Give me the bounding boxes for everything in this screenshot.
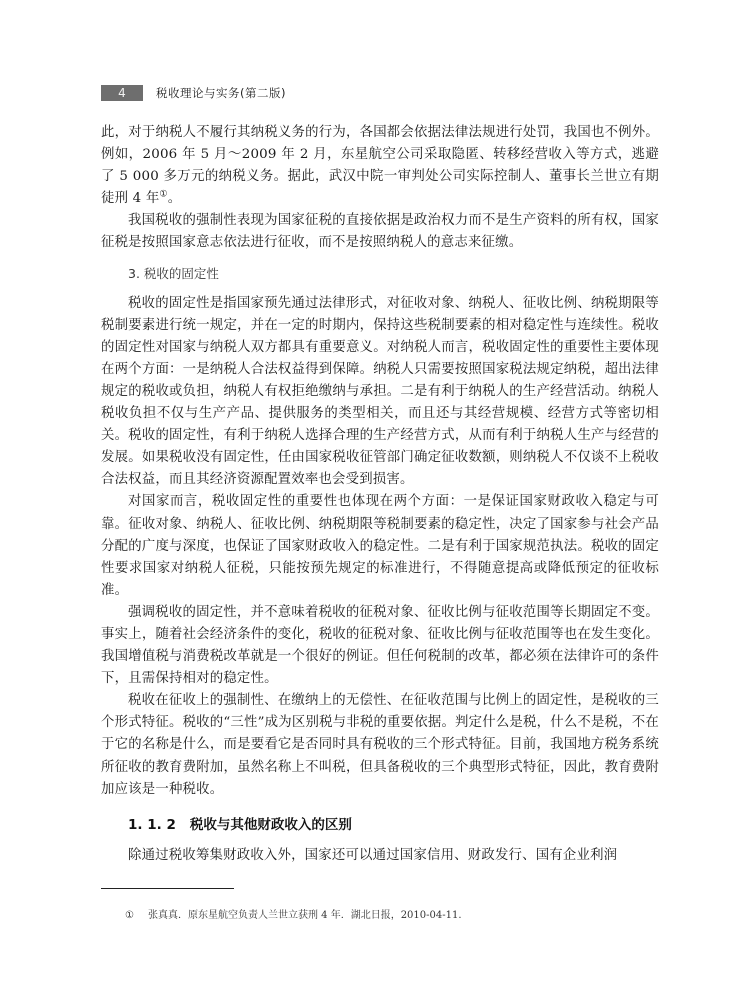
section-number: 1. 1. 2: [128, 817, 176, 833]
paragraph-reform: 强调税收的固定性，并不意味着税收的征税对象、征收比例与征收范围等长期固定不变。事…: [101, 602, 659, 690]
subheading-fixedness: 3. 税收的固定性: [128, 263, 659, 285]
running-title: 税收理论与实务(第二版): [156, 85, 286, 101]
footnote-divider: [101, 888, 234, 889]
paragraph-end: 。: [168, 191, 182, 206]
running-header: 4 税收理论与实务(第二版): [101, 84, 286, 102]
footnote: ①张真真．原东星航空负责人兰世立获刑 4 年．湖北日报，2010-04-11.: [125, 906, 462, 921]
paragraph-text: 此，对于纳税人不履行其纳税义务的行为，各国都会依据法律法规进行处罚，我国也不例外…: [101, 125, 659, 206]
section-heading: 1. 1. 2税收与其他财政收入的区别: [128, 813, 659, 837]
footnote-mark: ①: [125, 910, 134, 921]
paragraph-three-features: 税收在征收上的强制性、在缴纳上的无偿性、在征收范围与比例上的固定性，是税收的三个…: [101, 690, 659, 800]
page-number-badge: 4: [101, 85, 143, 101]
paragraph-coercion: 我国税收的强制性表现为国家征税的直接依据是政治权力而不是生产资料的所有权，国家征…: [101, 210, 659, 254]
footnote-reference[interactable]: ①: [159, 190, 167, 200]
paragraph-other-revenue: 除通过税收筹集财政收入外，国家还可以通过国家信用、财政发行、国有企业利润: [101, 845, 659, 867]
page-body: 此，对于纳税人不履行其纳税义务的行为，各国都会依据法律法规进行处罚，我国也不例外…: [101, 122, 659, 867]
paragraph-fixedness-definition: 税收的固定性是指国家预先通过法律形式，对征收对象、纳税人、征收比例、纳税期限等税…: [101, 293, 659, 492]
footnote-text: 张真真．原东星航空负责人兰世立获刑 4 年．湖北日报，2010-04-11.: [148, 910, 462, 921]
paragraph-continued: 此，对于纳税人不履行其纳税义务的行为，各国都会依据法律法规进行处罚，我国也不例外…: [101, 122, 659, 210]
section-title-text: 税收与其他财政收入的区别: [190, 817, 352, 833]
paragraph-state-importance: 对国家而言，税收固定性的重要性也体现在两个方面：一是保证国家财政收入稳定与可靠。…: [101, 491, 659, 601]
